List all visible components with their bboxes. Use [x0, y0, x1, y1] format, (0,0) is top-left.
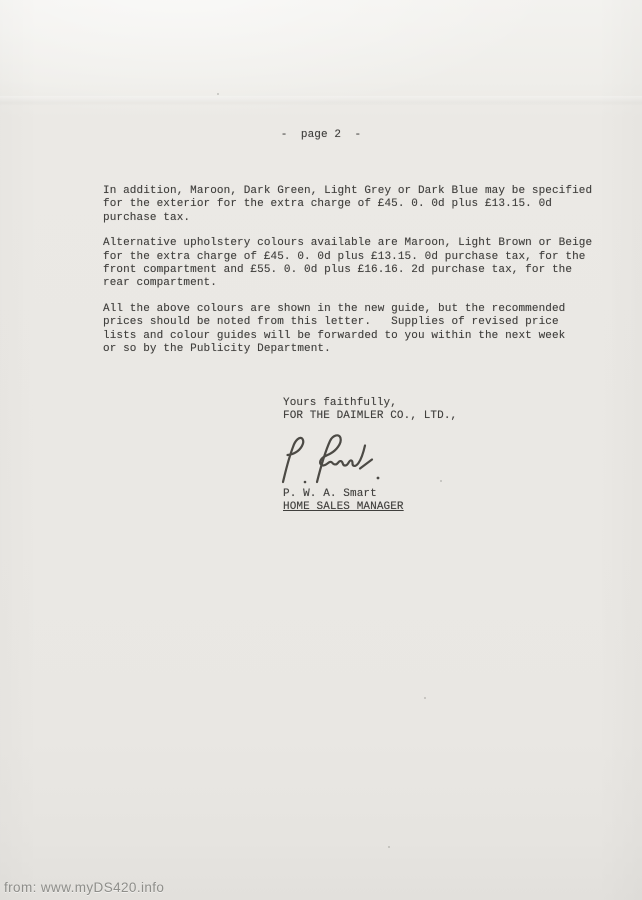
handwritten-signature-icon [275, 430, 393, 488]
paper-speck [388, 846, 390, 848]
scanned-letter-page: - page 2 - In addition, Maroon, Dark Gre… [0, 0, 642, 900]
closing-block: Yours faithfully, FOR THE DAIMLER CO., L… [283, 397, 543, 515]
paragraph-exterior-colours: In addition, Maroon, Dark Green, Light G… [103, 185, 603, 225]
page-number: - page 2 - [0, 129, 642, 142]
paragraph-upholstery-colours: Alternative upholstery colours available… [103, 237, 603, 291]
watermark-source-url: from: www.myDS420.info [4, 880, 164, 895]
signatory-name: P. W. A. Smart [283, 488, 543, 501]
signatory-title: HOME SALES MANAGER [283, 501, 543, 514]
paper-crease [0, 96, 642, 106]
company-line: FOR THE DAIMLER CO., LTD., [283, 410, 543, 423]
letter-body: In addition, Maroon, Dark Green, Light G… [103, 185, 603, 368]
paper-speck [424, 697, 426, 699]
paper-speck [217, 93, 219, 95]
salutation: Yours faithfully, [283, 397, 543, 410]
paragraph-colour-guides: All the above colours are shown in the n… [103, 303, 603, 357]
paper-speck [440, 480, 442, 482]
